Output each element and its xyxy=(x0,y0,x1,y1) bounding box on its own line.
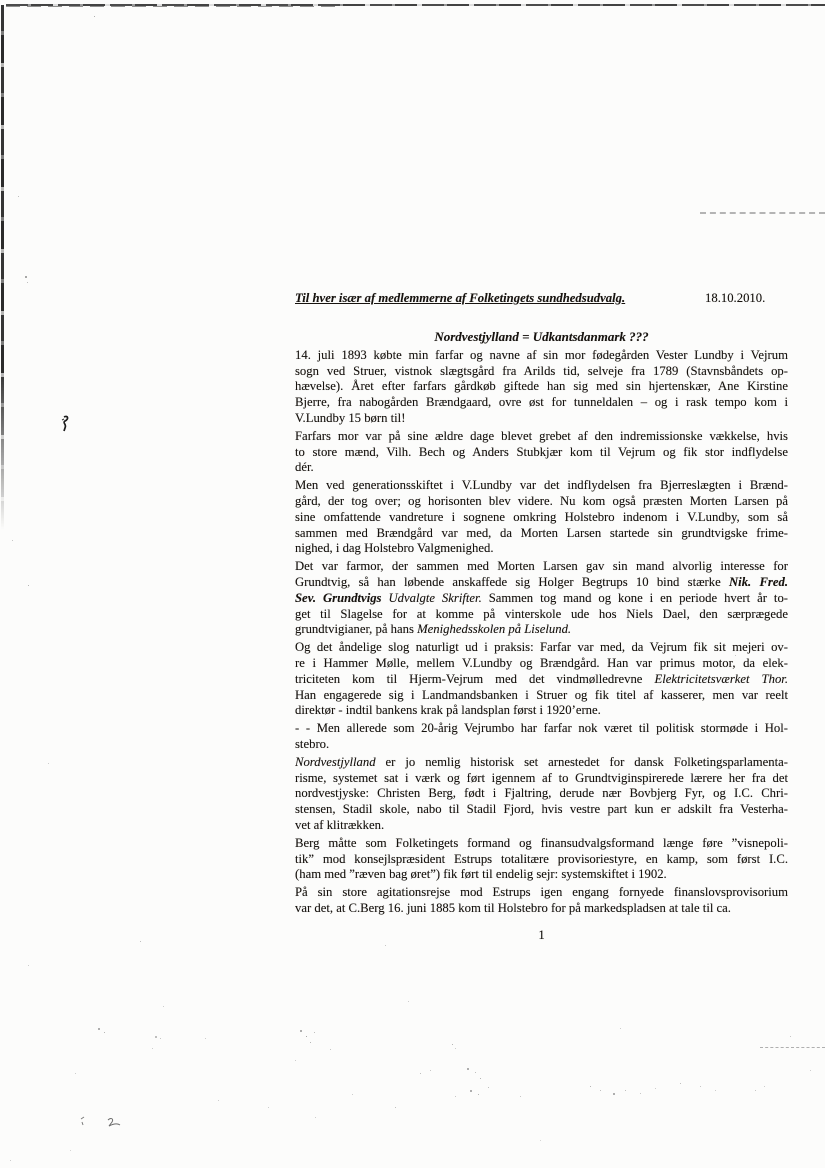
text-line: - - Men allerede som 20-årig Vejrumbo ha… xyxy=(295,721,788,737)
paragraph: Og det åndelige slog naturligt ud i prak… xyxy=(295,640,788,719)
scan-speckle-icon xyxy=(385,945,386,946)
scan-speckle-icon xyxy=(300,1030,302,1032)
text-line: dér. xyxy=(295,460,788,476)
text-line: sogn ved Struer, vistnok slægtsgård fra … xyxy=(295,364,788,380)
scan-border-left-icon xyxy=(1,5,4,530)
text-line: 14. juli 1893 købte min farfar og navne … xyxy=(295,348,788,364)
scan-speckle-icon xyxy=(680,1083,681,1084)
page-number: 1 xyxy=(295,928,788,944)
document-title: Nordvestjylland = Udkantsdanmark ??? xyxy=(295,329,788,345)
scan-speckle-icon xyxy=(764,1086,765,1087)
scan-border-top-icon xyxy=(6,6,336,7)
paragraph: Farfars mor var på sine ældre dage bleve… xyxy=(295,429,788,476)
text-line: nighed, i dag Holstebro Valgmenighed. xyxy=(295,541,788,557)
text-line: Nordvestjylland er jo nemlig historisk s… xyxy=(295,755,788,771)
scan-dash-line-icon xyxy=(760,1047,825,1048)
body-paragraphs: 14. juli 1893 købte min farfar og navne … xyxy=(295,348,788,917)
text-line: triciteten kom til Hjerm-Vejrum med det … xyxy=(295,672,788,688)
scan-dash-line-icon xyxy=(700,212,825,214)
scan-speckle-icon xyxy=(94,16,95,17)
scan-speckle-icon xyxy=(625,1090,626,1091)
text-line: (ham med ”ræven bag øret”) fik ført til … xyxy=(295,867,788,883)
ink-mark-icon xyxy=(78,1114,124,1132)
scan-speckle-icon xyxy=(467,1068,469,1070)
text-line: re i Hammer Mølle, mellem V.Lundby og Br… xyxy=(295,656,788,672)
text-line: hævelse). Året efter farfars gårdkøb gif… xyxy=(295,379,788,395)
text-line: stensen, Stadil skole, nabo til Stadil F… xyxy=(295,802,788,818)
text-line: gård, der tog over; og horisonten blev v… xyxy=(295,494,788,510)
scan-speckle-icon xyxy=(540,1140,541,1141)
scan-speckle-icon xyxy=(613,1093,615,1095)
text-line: stebro. xyxy=(295,737,788,753)
scan-speckle-icon xyxy=(520,1096,521,1097)
text-line: Grundtvig, så han løbende anskaffede sig… xyxy=(295,575,788,591)
paragraph: Berg måtte som Folketingets formand og f… xyxy=(295,836,788,883)
paragraph: Nordvestjylland er jo nemlig historisk s… xyxy=(295,755,788,834)
scan-speckle-icon xyxy=(48,763,49,764)
scan-speckle-icon xyxy=(700,1086,701,1087)
scan-speckle-icon xyxy=(10,1160,11,1161)
scan-speckle-icon xyxy=(420,1073,421,1074)
scan-speckle-icon xyxy=(152,1048,153,1049)
text-line: Sev. Grundtvigs Udvalgte Skrifter. Samme… xyxy=(295,591,788,607)
scan-speckle-icon xyxy=(408,1001,409,1002)
scan-speckle-icon xyxy=(218,1100,219,1101)
text-line: sine omfattende vandreture i sognene omk… xyxy=(295,510,788,526)
scan-speckle-icon xyxy=(28,965,29,966)
text-line: grundtvigianer, på hans Menighedsskolen … xyxy=(295,622,788,638)
scan-speckle-icon xyxy=(455,1096,456,1097)
text-line: to store mænd, Vilh. Bech og Anders Stub… xyxy=(295,445,788,461)
text-line: vet af klitrækken. xyxy=(295,818,788,834)
text-line: tik” mod konsejlspræsident Estrups total… xyxy=(295,852,788,868)
text-line: var det, at C.Berg 16. juni 1885 kom til… xyxy=(295,901,788,917)
paragraph: Det var farmor, der sammen med Morten La… xyxy=(295,559,788,638)
scan-speckle-icon xyxy=(315,1117,316,1118)
text-line: risme, systemet sat i værk og ført igenn… xyxy=(295,771,788,787)
scan-speckle-icon xyxy=(268,1107,269,1108)
scan-speckle-icon xyxy=(104,1032,105,1033)
scan-speckle-icon xyxy=(715,1090,716,1091)
text-line: Men ved generationsskiftet i V.Lundby va… xyxy=(295,478,788,494)
scan-speckle-icon xyxy=(455,1048,456,1049)
scan-speckle-icon xyxy=(655,1088,656,1089)
scan-speckle-icon xyxy=(810,1070,811,1071)
text-line: Bjerre, fra nabogården Brændgaard, ovre … xyxy=(295,395,788,411)
scan-speckle-icon xyxy=(75,1073,76,1074)
scan-speckle-icon xyxy=(590,1086,591,1087)
scan-speckle-icon xyxy=(306,1036,307,1037)
scan-speckle-icon xyxy=(478,1094,479,1095)
scan-speckle-icon xyxy=(155,1036,157,1038)
letter-header: Til hver især af medlemmerne af Folketin… xyxy=(295,291,788,308)
scan-speckle-icon xyxy=(314,1032,315,1033)
text-line: get til Slagelse for at komme på vinters… xyxy=(295,607,788,623)
scan-speckle-icon xyxy=(27,282,28,283)
text-line: V.Lundby 15 børn til! xyxy=(295,411,788,427)
scan-speckle-icon xyxy=(140,941,141,942)
text-line: På sin store agitationsrejse mod Estrups… xyxy=(295,885,788,901)
text-line: Berg måtte som Folketingets formand og f… xyxy=(295,836,788,852)
scanned-letter-page: Til hver især af medlemmerne af Folketin… xyxy=(0,0,825,1168)
scan-speckle-icon xyxy=(475,1072,476,1073)
scan-speckle-icon xyxy=(330,1049,331,1050)
scan-speckle-icon xyxy=(163,1006,164,1007)
paragraph: 14. juli 1893 købte min farfar og navne … xyxy=(295,348,788,427)
ink-mark-icon xyxy=(59,414,71,434)
paragraph: Men ved generationsskiftet i V.Lundby va… xyxy=(295,478,788,557)
scan-speckle-icon xyxy=(160,1038,161,1039)
recipient-line: Til hver især af medlemmerne af Folketin… xyxy=(295,291,625,305)
scan-speckle-icon xyxy=(790,1036,791,1037)
text-line: sammen med Brændgård var med, da Morten … xyxy=(295,526,788,542)
paragraph: På sin store agitationsrejse mod Estrups… xyxy=(295,885,788,917)
text-line: Han engagerede sig i Landmandsbanken i S… xyxy=(295,688,788,704)
scan-speckle-icon xyxy=(310,1042,311,1043)
scan-speckle-icon xyxy=(205,1038,206,1039)
scan-speckle-icon xyxy=(98,1028,100,1030)
text-line: Og det åndelige slog naturligt ud i prak… xyxy=(295,640,788,656)
letter-content: Til hver især af medlemmerne af Folketin… xyxy=(295,291,788,943)
scan-speckle-icon xyxy=(640,1093,641,1094)
paragraph: - - Men allerede som 20-årig Vejrumbo ha… xyxy=(295,721,788,753)
scan-speckle-icon xyxy=(295,1060,296,1061)
scan-speckle-icon xyxy=(620,1028,621,1029)
scan-speckle-icon xyxy=(70,1150,71,1151)
scan-speckle-icon xyxy=(430,1070,431,1071)
scan-speckle-icon xyxy=(735,655,736,656)
text-line: nordvestjyske: Christen Berg, født i Fja… xyxy=(295,786,788,802)
scan-speckle-icon xyxy=(25,276,27,278)
text-line: Farfars mor var på sine ældre dage bleve… xyxy=(295,429,788,445)
scan-speckle-icon xyxy=(18,196,19,197)
scan-speckle-icon xyxy=(600,1090,601,1091)
scan-speckle-icon xyxy=(395,1107,396,1108)
scan-speckle-icon xyxy=(755,1090,756,1091)
scan-speckle-icon xyxy=(352,1094,353,1095)
text-line: Det var farmor, der sammen med Morten La… xyxy=(295,559,788,575)
scan-speckle-icon xyxy=(470,1090,472,1092)
letter-date: 18.10.2010. xyxy=(705,291,765,307)
text-line: direktør - indtil bankens krak på landsp… xyxy=(295,703,788,719)
scan-speckle-icon xyxy=(480,1078,481,1079)
scan-speckle-icon xyxy=(28,585,29,586)
scan-speckle-icon xyxy=(488,1087,489,1088)
scan-speckle-icon xyxy=(12,540,13,541)
scan-speckle-icon xyxy=(452,1044,453,1045)
